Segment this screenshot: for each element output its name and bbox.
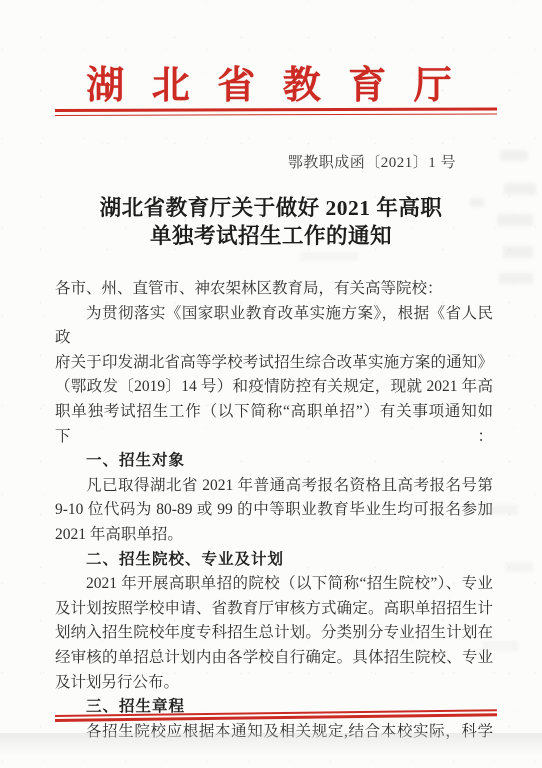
body-line: 职单独考试招生工作（以下简称“高职单招”）有关事项通知如下： — [55, 400, 493, 449]
body-line: 为贯彻落实《国家职业教育改革实施方案》，根据《省人民政 — [55, 302, 493, 351]
notice-title-line-2: 单独考试招生工作的通知 — [0, 222, 542, 250]
body-line: 2021 年高职单招。 — [55, 523, 493, 548]
bleed-through-ghost — [500, 150, 528, 161]
bleed-through-ghost — [505, 562, 533, 572]
body-line: 经审核的单招总计划内由各学校自行确定。具体招生院校、专业 — [55, 646, 493, 671]
body-line: 一、招生对象 — [55, 449, 493, 474]
document-body: 各市、州、直管市、神农架林区教育局，有关高等院校：为贯彻落实《国家职业教育改革实… — [55, 277, 493, 744]
body-line: 2021 年开展高职单招的院校（以下简称“招生院校”）、专业 — [55, 572, 493, 597]
body-line: （鄂政发〔2019〕14 号）和疫情防控有关规定，现就 2021 年高 — [55, 375, 493, 400]
body-line: 凡已取得湖北省 2021 年普通高考报名资格且高考报名号第 — [55, 474, 493, 499]
body-line: 9-10 位代码为 80-89 或 99 的中等职业教育毕业生均可报名参加 — [55, 498, 493, 523]
notice-title: 湖北省教育厅关于做好 2021 年高职 单独考试招生工作的通知 — [0, 194, 542, 250]
body-line: 各招生院校应根据本通知及相关规定,结合本校实际，科学 — [55, 720, 493, 745]
document-reference-number: 鄂教职成函〔2021〕1 号 — [288, 151, 456, 172]
body-line: 划纳入招生院校年度专科招生总计划。分类别分专业招生计划在 — [55, 621, 493, 646]
body-line: 及计划另行公布。 — [55, 671, 493, 696]
scanned-official-document-page: 湖 北 省 教 育 厅 鄂教职成函〔2021〕1 号 湖北省教育厅关于做好 20… — [0, 0, 542, 768]
body-line: 各市、州、直管市、神农架林区教育局，有关高等院校： — [55, 277, 493, 302]
bleed-through-ghost — [499, 273, 533, 284]
bleed-through-ghost — [300, 252, 358, 261]
body-line: 府关于印发湖北省高等学校考试招生综合改革实施方案的通知》 — [55, 351, 493, 376]
body-line: 及计划按照学校申请、省教育厅审核方式确定。高职单招招生计 — [55, 597, 493, 622]
notice-title-line-1: 湖北省教育厅关于做好 2021 年高职 — [0, 194, 542, 222]
body-line: 二、招生院校、专业及计划 — [55, 548, 493, 573]
red-rule-thin-bar — [55, 113, 497, 116]
red-rule-thick-bar — [55, 107, 497, 112]
letterhead-agency-name: 湖 北 省 教 育 厅 — [0, 54, 542, 109]
letterhead-red-rule — [55, 107, 497, 116]
